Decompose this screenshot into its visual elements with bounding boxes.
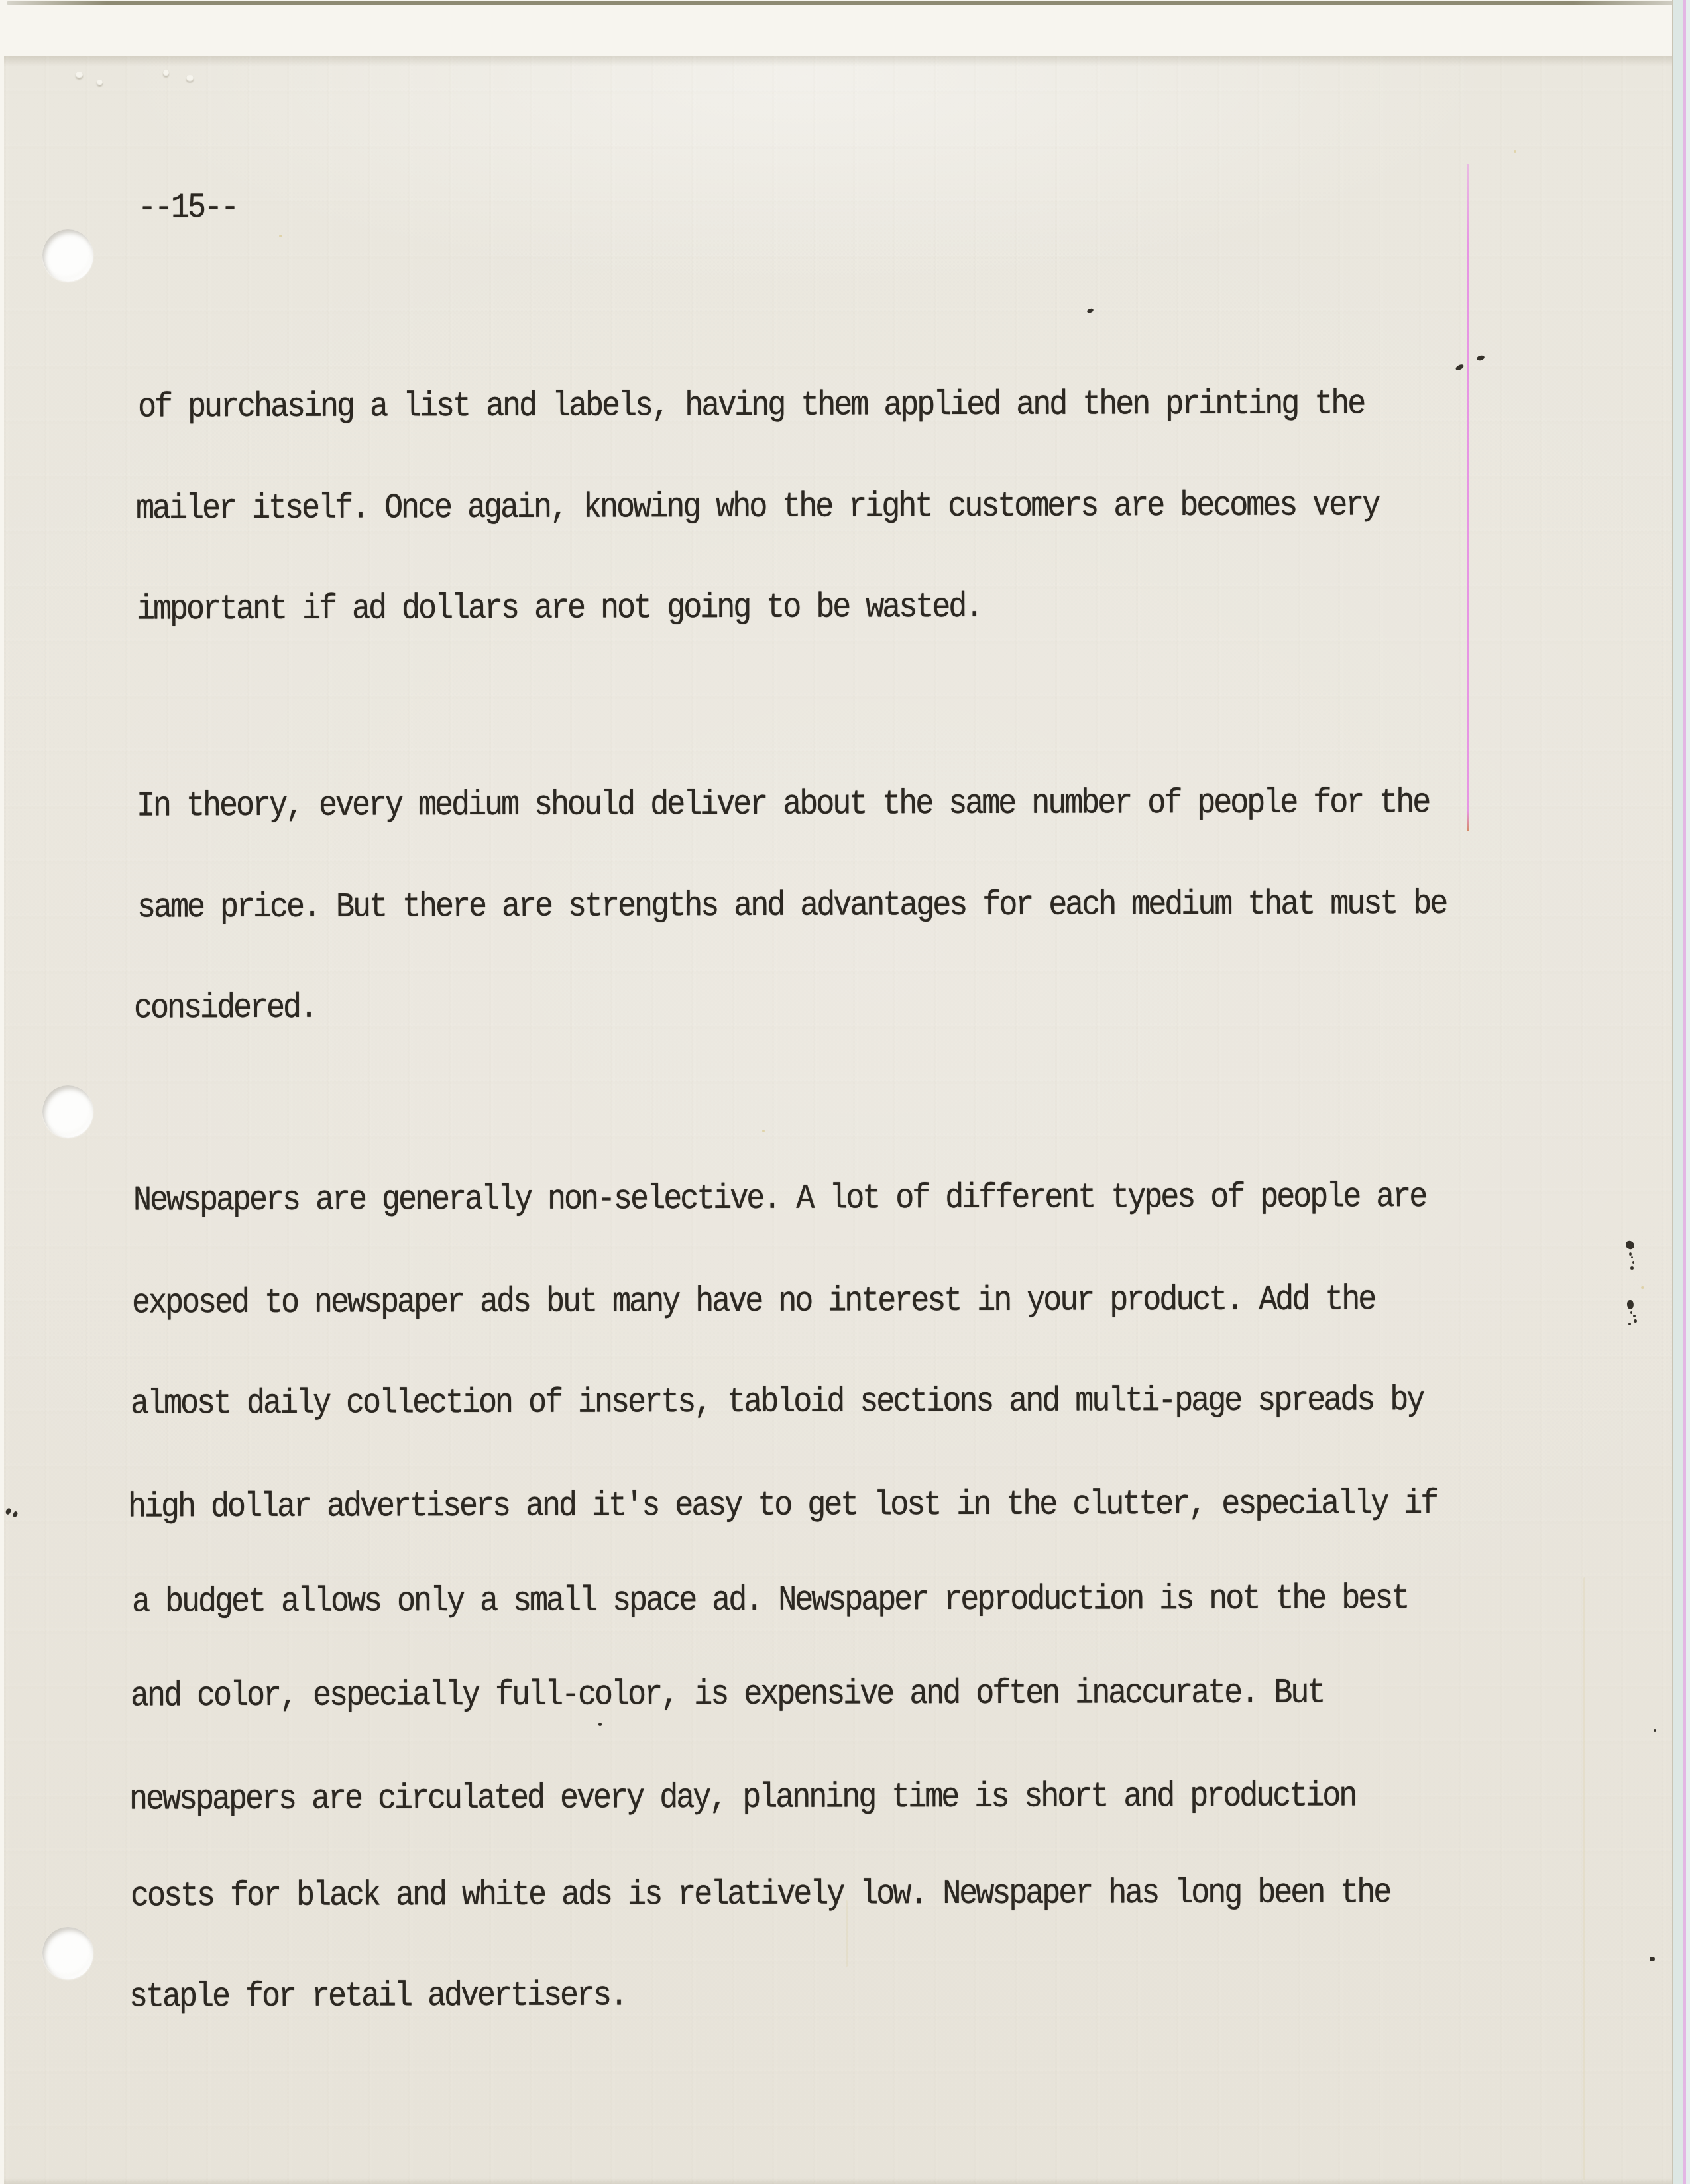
typed-line: exposed to newspaper ads but many have n… [132,1283,1375,1321]
page-number: --15-- [138,191,237,226]
ink-speck [1654,1729,1656,1732]
ink-speck [1631,1256,1633,1258]
paper-emboss-speck [163,70,169,76]
paper-emboss-speck [76,72,83,78]
typed-line: staple for retail advertisers. [129,1979,626,2015]
typed-line: of purchasing a list and labels, having … [138,387,1364,425]
paper-fiber-speck [1514,150,1516,153]
punch-hole-bottom [42,1927,93,1979]
typed-line: newspapers are circulated every day, pla… [129,1779,1355,1818]
ink-speck [598,1723,602,1726]
punch-hole-middle [42,1085,93,1138]
paper-sheet [4,56,1672,2184]
typed-line: mailer itself. Once again, knowing who t… [136,488,1379,527]
typed-line: same price. But there are strengths and … [137,887,1447,926]
ink-speck [1633,1315,1636,1317]
scanned-typewritten-page: --15-- of purchasing a list and labels, … [0,0,1690,2184]
typed-line: costs for black and white ads is relativ… [131,1876,1390,1914]
paper-fiber-speck [762,1130,765,1132]
paper-emboss-speck [186,75,194,82]
ink-speck [1628,1323,1631,1325]
typed-line: high dollar advertisers and it's easy to… [128,1487,1437,1525]
pink-scan-artifact-line [1467,164,1469,831]
ink-speck [1650,1957,1655,1961]
typed-line: and color, especially full-color, is exp… [131,1676,1324,1714]
ink-speck [1632,1261,1634,1264]
typed-line: considered. [134,991,316,1026]
paper-fiber-speck [1641,1286,1644,1289]
typed-line: Newspapers are generally non-selective. … [133,1180,1426,1219]
typed-line: almost daily collection of inserts, tabl… [131,1384,1423,1422]
punch-hole-top [42,229,93,282]
typed-line: a budget allows only a small space ad. N… [132,1582,1408,1620]
paper-fiber-speck [279,235,282,237]
ink-speck [1630,1266,1634,1270]
paper-top-edge-shadow [7,1,1673,5]
paper-streak [846,1900,848,1967]
scanner-edge-strip [1672,0,1690,2184]
typed-line: important if ad dollars are not going to… [137,590,982,628]
ink-speck [1629,1252,1632,1256]
typed-line: In theory, every medium should deliver a… [137,786,1429,824]
ink-speck [1630,1311,1632,1314]
ink-speck [1634,1319,1637,1323]
paper-streak [1583,1577,1585,2180]
paper-emboss-speck [97,80,103,85]
